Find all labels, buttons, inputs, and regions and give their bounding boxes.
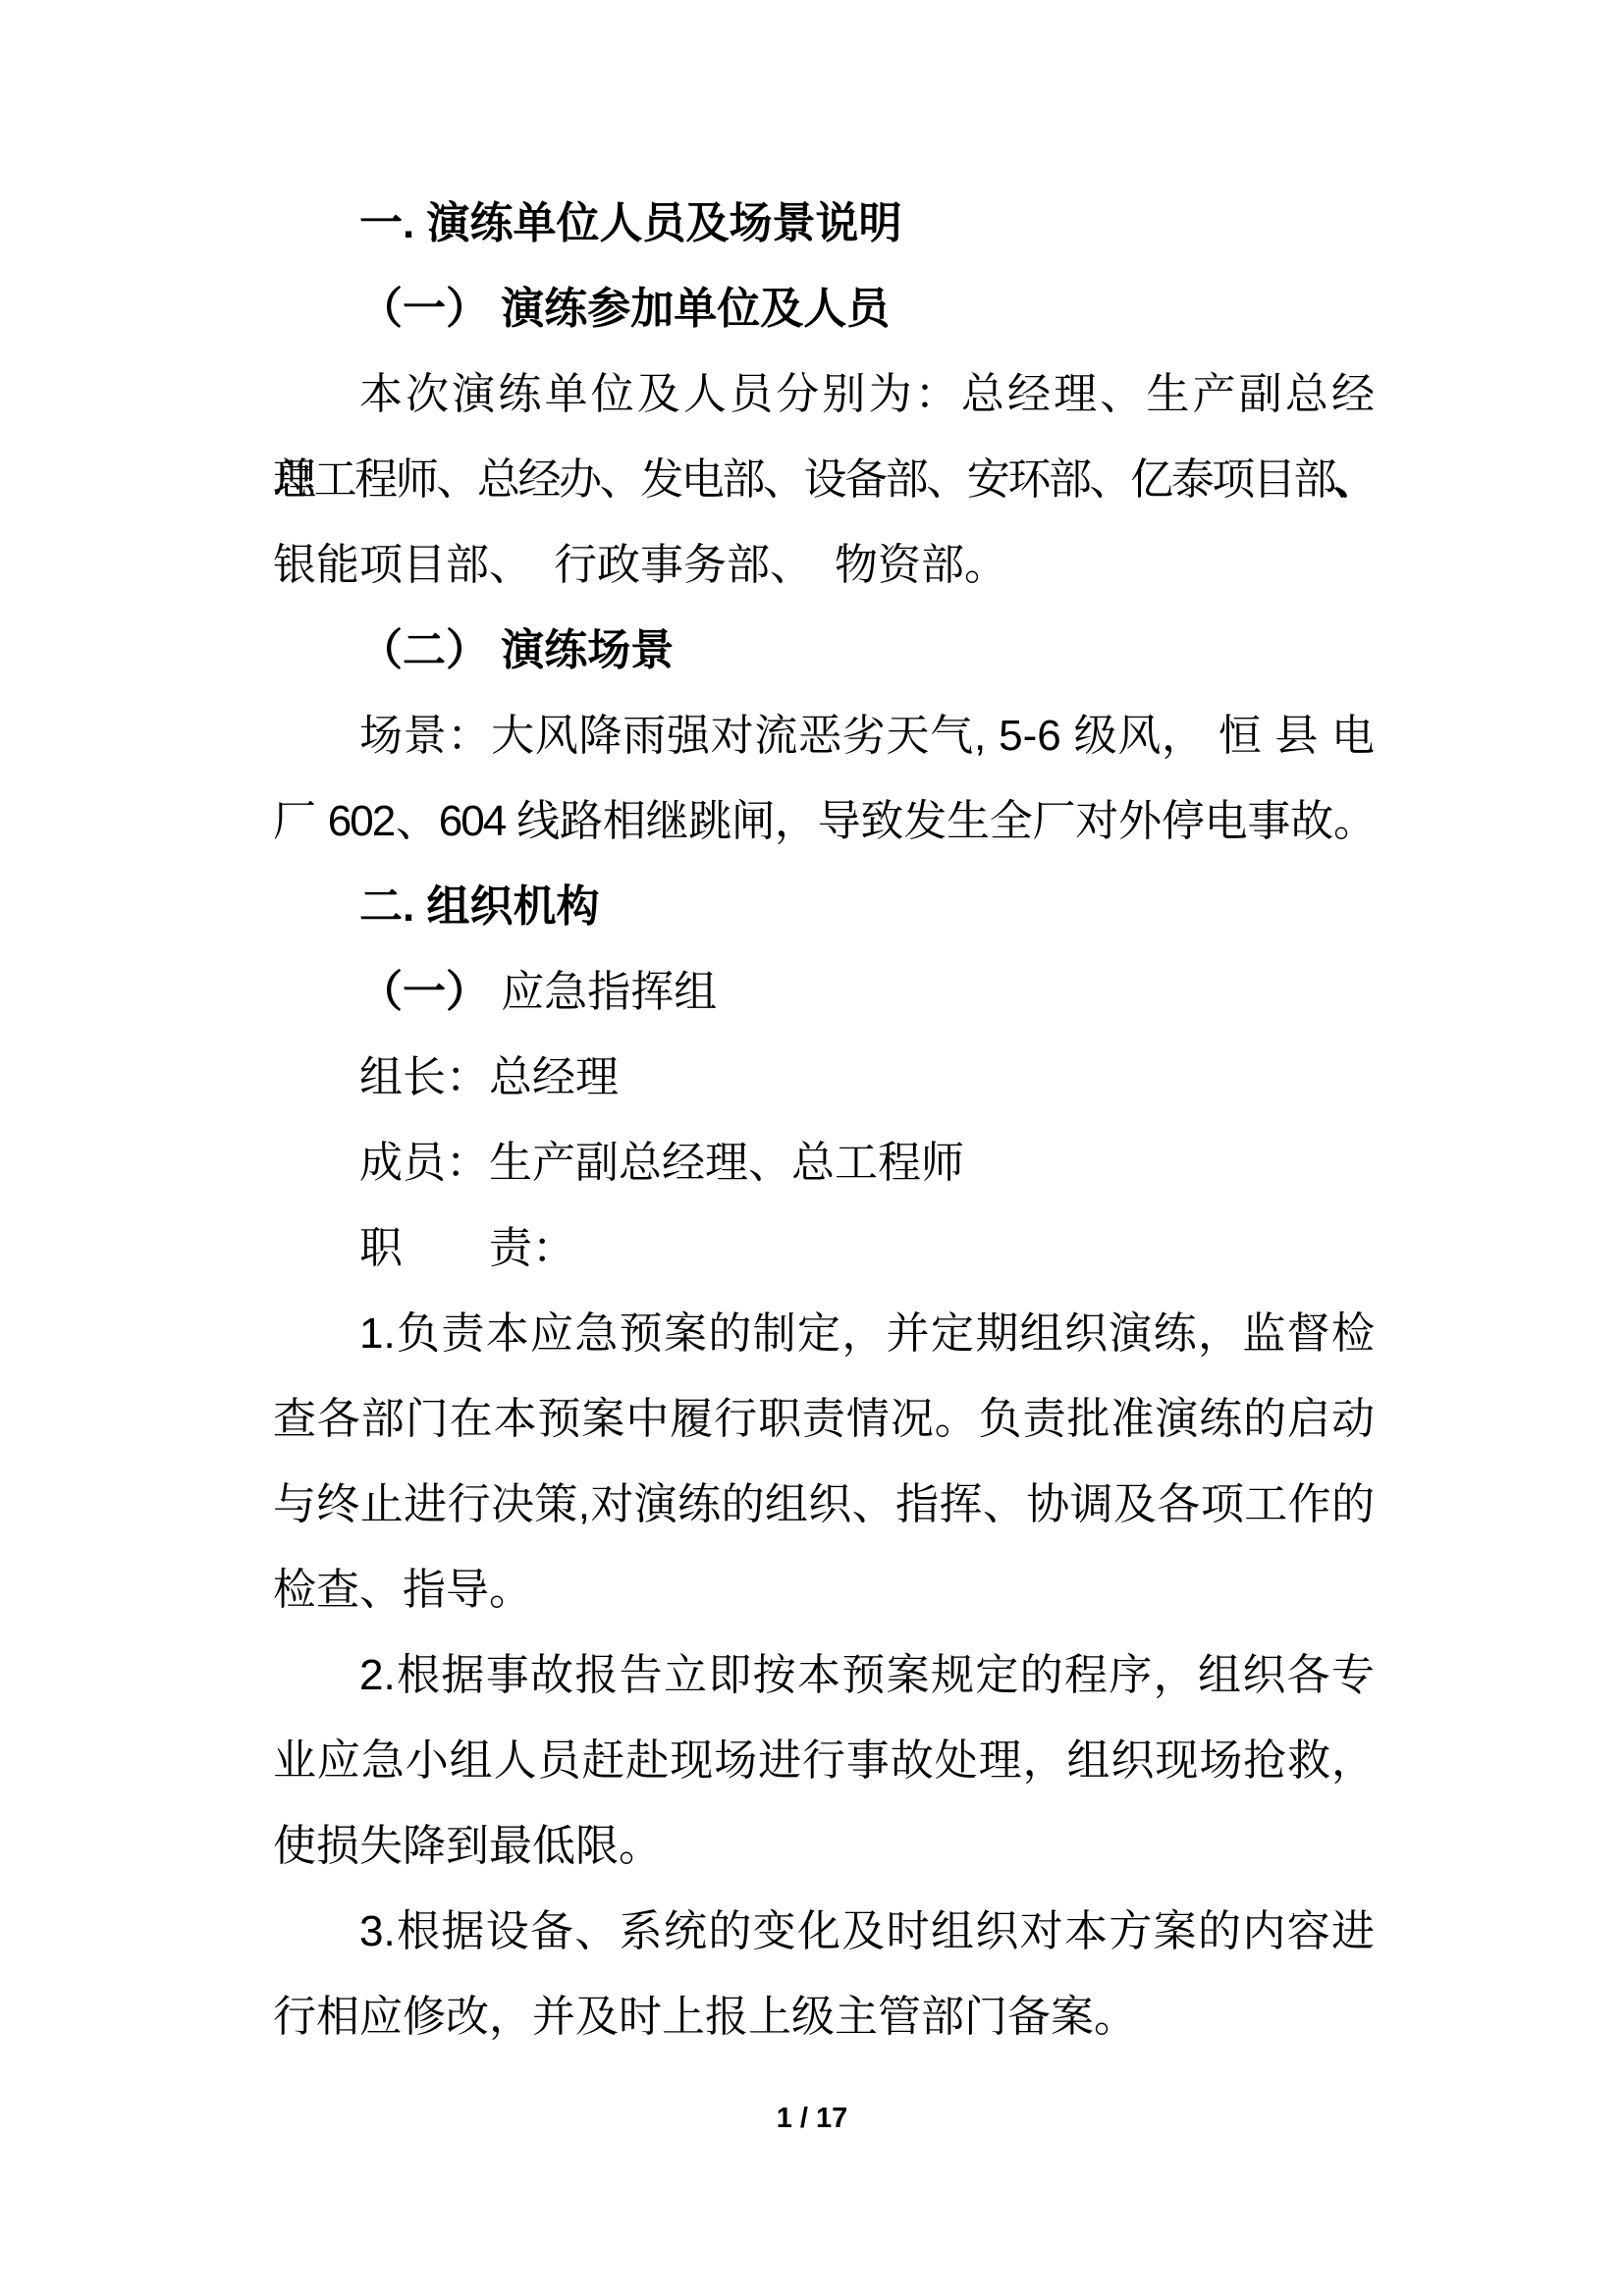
line-duty-label: 职 责： [273,1205,1375,1291]
heading-participants: （一） 演练参加单位及人员 [273,266,1375,351]
para-duty-1-line-1: 1.负责本应急预案的制定，并定期组织演练，监督检 [273,1291,1375,1376]
para-duty-1-line-4: 检查、指导。 [273,1547,1375,1632]
page-number: 1 / 17 [0,2089,1624,2148]
para-duty-2-line-3: 使损失降到最低限。 [273,1803,1375,1889]
para-participants-line-3: 银能项目部、 行政事务部、 物资部。 [273,522,1375,608]
para-scenario-line-2: 厂 602、604 线路相继跳闸，导致发生全厂对外停电事故。 [273,778,1375,864]
document-body: 一. 演练单位人员及场景说明 （一） 演练参加单位及人员 本次演练单位及人员分别… [273,181,1375,2059]
heading-section-2: 二. 组织机构 [273,864,1375,949]
para-duty-1-line-3: 与终止进行决策,对演练的组织、指挥、协调及各项工作的 [273,1462,1375,1547]
para-duty-3-line-1: 3.根据设备、系统的变化及时组织对本方案的内容进 [273,1889,1375,1974]
heading-command-group: （一） 应急指挥组 [273,949,1375,1035]
para-scenario-line-1: 场景：大风降雨强对流恶劣天气, 5-6 级风， 恒 县 电 [273,693,1375,778]
para-duty-2-line-1: 2.根据事故报告立即按本预案规定的程序，组织各专 [273,1632,1375,1718]
line-group-leader: 组长：总经理 [273,1035,1375,1120]
para-participants-line-1: 本次演练单位及人员分别为：总经理、生产副总经理、 [273,351,1375,437]
heading-section-1: 一. 演练单位人员及场景说明 [273,181,1375,266]
para-duty-2-line-2: 业应急小组人员赶赴现场进行事故处理，组织现场抢救， [273,1718,1375,1803]
line-group-members: 成员：生产副总经理、总工程师 [273,1120,1375,1205]
heading-command-group-title: 应急指挥组 [501,968,717,1016]
para-duty-1-line-2: 查各部门在本预案中履行职责情况。负责批准演练的启动 [273,1376,1375,1462]
para-duty-3-line-2: 行相应修改，并及时上报上级主管部门备案。 [273,1974,1375,2059]
heading-scenario: （二） 演练场景 [273,608,1375,693]
heading-command-group-number: （一） [359,968,501,1016]
para-participants-line-2: 总工程师、总经办、发电部、设备部、安环部、亿泰项目部、 [273,437,1375,522]
document-page: 一. 演练单位人员及场景说明 （一） 演练参加单位及人员 本次演练单位及人员分别… [0,0,1624,2296]
